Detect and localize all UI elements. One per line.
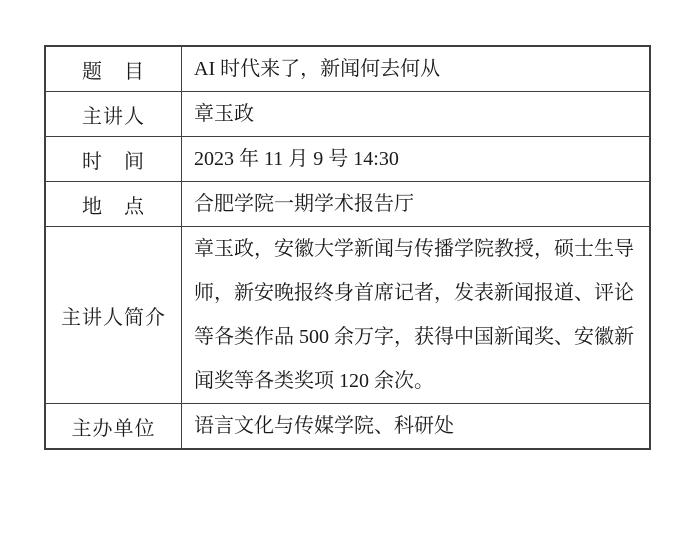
table-row: 主讲人 章玉政 bbox=[45, 92, 650, 137]
row-label-bio: 主讲人简介 bbox=[45, 227, 182, 404]
row-label-location: 地 点 bbox=[45, 182, 182, 227]
table-row: 主讲人简介 章玉政，安徽大学新闻与传播学院教授，硕士生导师，新安晚报终身首席记者… bbox=[45, 227, 650, 404]
row-label-organizer: 主办单位 bbox=[45, 404, 182, 450]
row-value-organizer: 语言文化与传媒学院、科研处 bbox=[182, 404, 651, 450]
row-value-bio: 章玉政，安徽大学新闻与传播学院教授，硕士生导师，新安晚报终身首席记者，发表新闻报… bbox=[182, 227, 651, 404]
row-label-title: 题 目 bbox=[45, 46, 182, 92]
row-value-speaker: 章玉政 bbox=[182, 92, 651, 137]
row-label-speaker: 主讲人 bbox=[45, 92, 182, 137]
row-label-time: 时 间 bbox=[45, 137, 182, 182]
table-row: 地 点 合肥学院一期学术报告厅 bbox=[45, 182, 650, 227]
table-row: 主办单位 语言文化与传媒学院、科研处 bbox=[45, 404, 650, 450]
table-row: 题 目 AI 时代来了，新闻何去何从 bbox=[45, 46, 650, 92]
document-page: { "page": { "background_color": "#ffffff… bbox=[0, 0, 698, 549]
row-value-time: 2023 年 11 月 9 号 14:30 bbox=[182, 137, 651, 182]
row-value-location: 合肥学院一期学术报告厅 bbox=[182, 182, 651, 227]
lecture-info-table: 题 目 AI 时代来了，新闻何去何从 主讲人 章玉政 时 间 2023 年 11… bbox=[44, 45, 651, 450]
table-row: 时 间 2023 年 11 月 9 号 14:30 bbox=[45, 137, 650, 182]
row-value-title: AI 时代来了，新闻何去何从 bbox=[182, 46, 651, 92]
